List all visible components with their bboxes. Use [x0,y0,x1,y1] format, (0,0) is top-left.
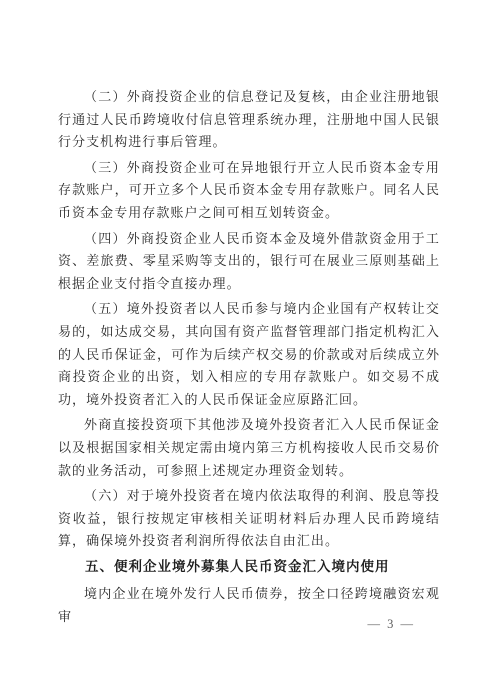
body-paragraph: （四）外商投资企业人民币资本金及境外借款资金用于工资、差旅费、零星采购等支出的，… [58,228,440,296]
body-paragraph: （五）境外投资者以人民币参与境内企业国有产权转让交易的，如达成交易，其向国有资产… [58,298,440,411]
page-number: — 3 — [368,617,416,632]
section-heading: 五、便利企业境外募集人民币资金汇入境内使用 [58,556,440,579]
body-paragraph: （六）对于境外投资者在境内依法取得的利润、股息等投资收益，银行按规定审核相关证明… [58,485,440,553]
body-paragraph: （二）外商投资企业的信息登记及复核，由企业注册地银行通过人民币跨境收付信息管理系… [58,86,440,154]
body-paragraph: 外商直接投资项下其他涉及境外投资者汇入人民币保证金以及根据国家相关规定需由境内第… [58,414,440,482]
document-page: （二）外商投资企业的信息登记及复核，由企业注册地银行通过人民币跨境收付信息管理系… [0,0,489,675]
body-paragraph: （三）外商投资企业可在异地银行开立人民币资本金专用存款账户，可开立多个人民币资本… [58,157,440,225]
document-text-block: （二）外商投资企业的信息登记及复核，由企业注册地银行通过人民币跨境收付信息管理系… [58,86,440,632]
